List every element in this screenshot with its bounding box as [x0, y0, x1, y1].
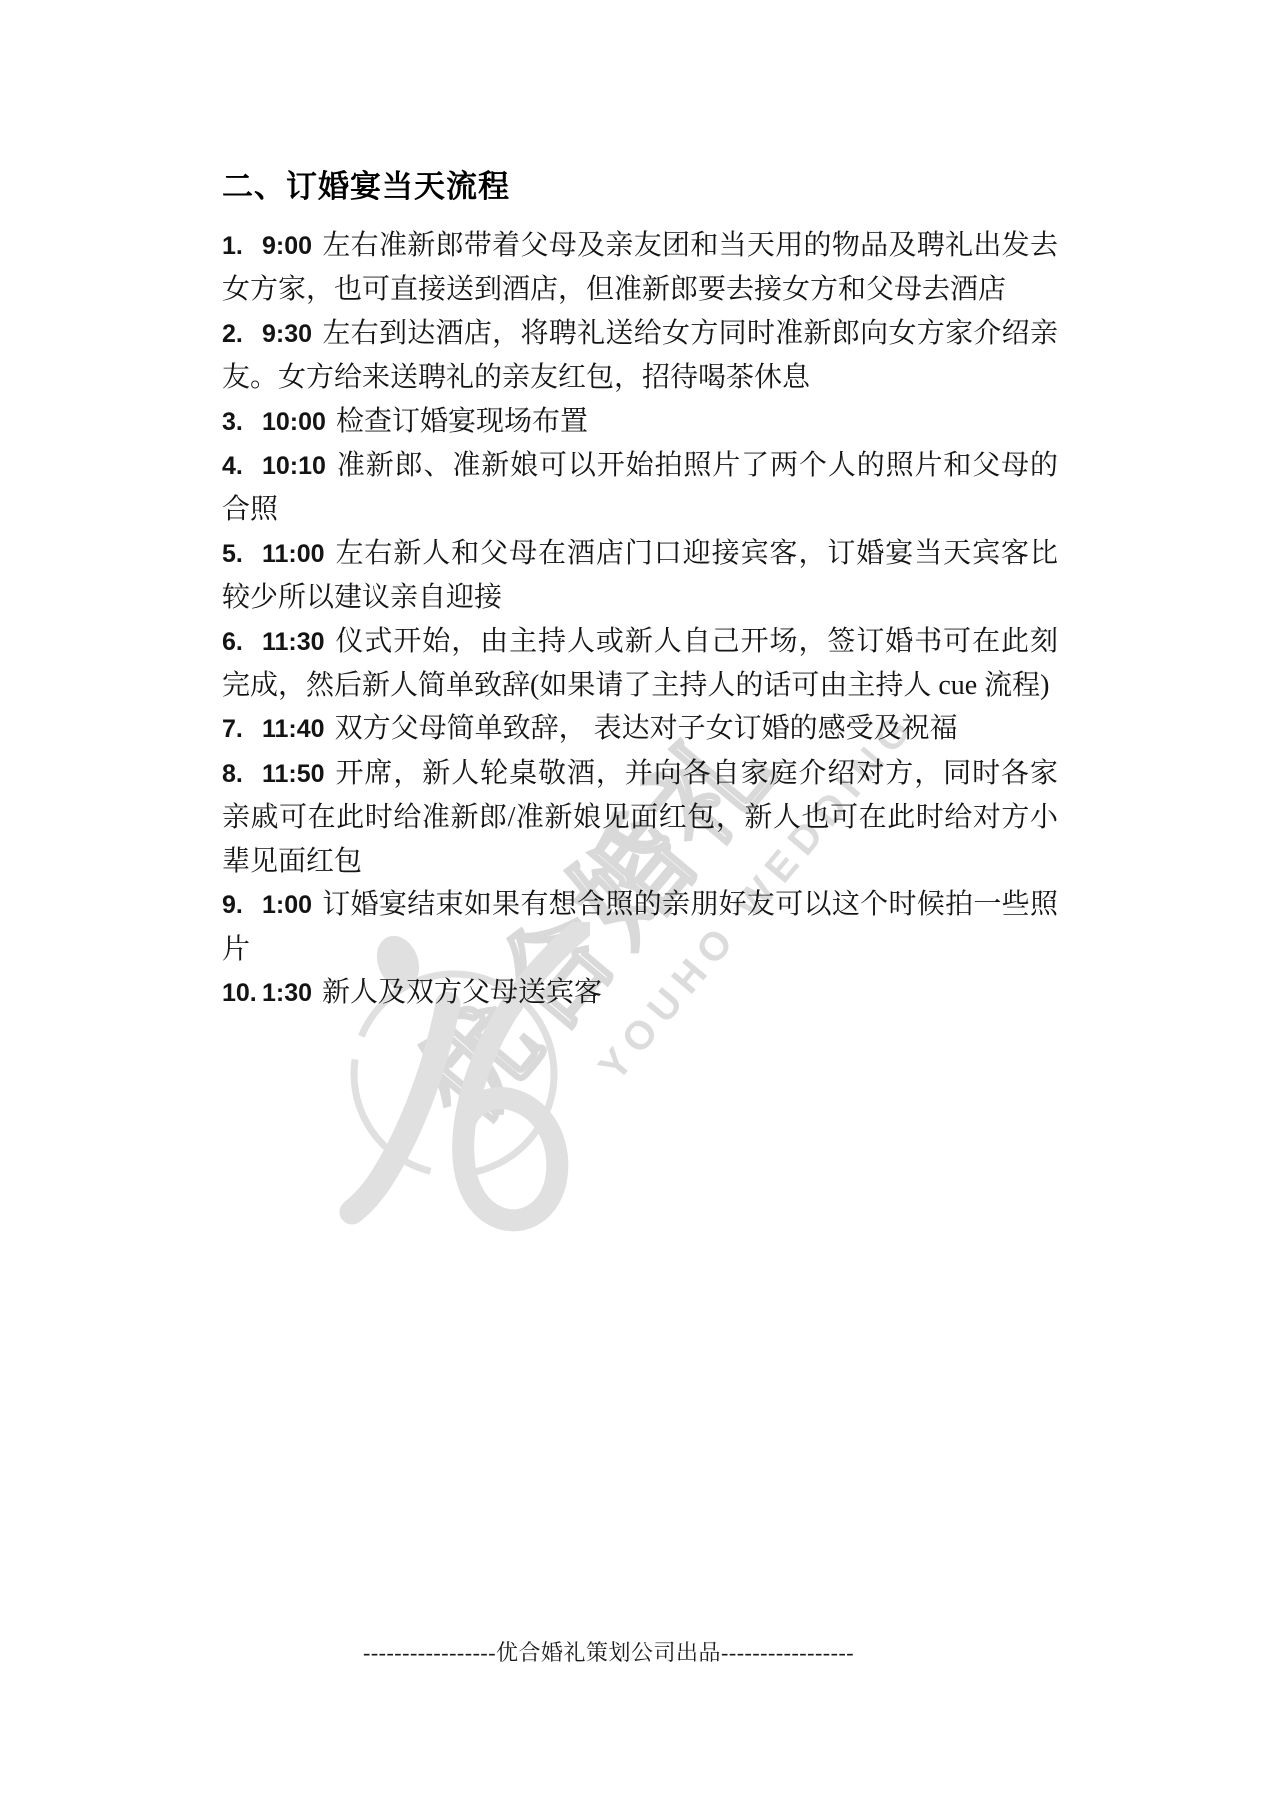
item-text: 左右新人和父母在酒店门口迎接宾客，订婚宴当天宾客比较少所以建议亲自迎接 — [222, 538, 1058, 613]
item-text: 左右到达酒店，将聘礼送给女方同时准新郎向女方家介绍亲友。女方给来送聘礼的亲友红包… — [222, 318, 1058, 393]
item-text: 开席，新人轮桌敬酒，并向各自家庭介绍对方，同时各家亲戚可在此时给准新郎/准新娘见… — [222, 758, 1058, 877]
item-time: 11:30 — [262, 628, 325, 656]
item-text: 新人及双方父母送宾客 — [322, 977, 602, 1008]
schedule-item: 5.11:00左右新人和父母在酒店门口迎接宾客，订婚宴当天宾客比较少所以建议亲自… — [222, 532, 1058, 620]
schedule-item: 1.9:00左右准新郎带着父母及亲友团和当天用的物品及聘礼出发去女方家，也可直接… — [222, 224, 1058, 312]
schedule-item: 2.9:30左右到达酒店，将聘礼送给女方同时准新郎向女方家介绍亲友。女方给来送聘… — [222, 312, 1058, 400]
item-number: 2. — [222, 313, 262, 356]
item-number: 8. — [222, 753, 262, 796]
schedule-item: 6.11:30仪式开始，由主持人或新人自己开场，签订婚书可在此刻完成，然后新人简… — [222, 620, 1058, 708]
item-text: 左右准新郎带着父母及亲友团和当天用的物品及聘礼出发去女方家，也可直接送到酒店，但… — [222, 230, 1058, 305]
schedule-item: 9.1:00订婚宴结束如果有想合照的亲朋好友可以这个时候拍一些照片 — [222, 883, 1058, 971]
schedule-item: 10.1:30新人及双方父母送宾客 — [222, 971, 1058, 1015]
item-text: 双方父母简单致辞， 表达对子女订婚的感受及祝福 — [335, 713, 958, 744]
item-time: 11:00 — [262, 540, 325, 568]
schedule-item: 7.11:40双方父母简单致辞， 表达对子女订婚的感受及祝福 — [222, 707, 1058, 751]
item-time: 11:40 — [262, 715, 325, 743]
item-text: 准新郎、准新娘可以开始拍照片了两个人的照片和父母的合照 — [222, 450, 1058, 525]
item-number: 7. — [222, 708, 262, 751]
item-time: 10:00 — [262, 408, 326, 436]
schedule-item: 8.11:50开席，新人轮桌敬酒，并向各自家庭介绍对方，同时各家亲戚可在此时给准… — [222, 752, 1058, 883]
item-text: 检查订婚宴现场布置 — [336, 406, 588, 437]
document-body: 二、订婚宴当天流程 1.9:00左右准新郎带着父母及亲友团和当天用的物品及聘礼出… — [222, 168, 1058, 1015]
item-number: 4. — [222, 445, 262, 488]
schedule-item: 4.10:10准新郎、准新娘可以开始拍照片了两个人的照片和父母的合照 — [222, 444, 1058, 532]
item-time: 10:10 — [262, 452, 326, 480]
item-number: 5. — [222, 533, 262, 576]
schedule-item: 3.10:00检查订婚宴现场布置 — [222, 400, 1058, 444]
item-number: 6. — [222, 621, 262, 664]
item-text: 仪式开始，由主持人或新人自己开场，签订婚书可在此刻完成，然后新人简单致辞(如果请… — [222, 626, 1058, 701]
footer-production-credit: -----------------优合婚礼策划公司出品-------------… — [363, 1636, 854, 1667]
item-number: 10. — [222, 972, 262, 1015]
schedule-list: 1.9:00左右准新郎带着父母及亲友团和当天用的物品及聘礼出发去女方家，也可直接… — [222, 224, 1058, 1015]
item-time: 9:30 — [262, 320, 312, 348]
page-title: 二、订婚宴当天流程 — [222, 168, 1058, 206]
item-time: 1:30 — [262, 979, 312, 1007]
item-time: 11:50 — [262, 760, 325, 788]
item-number: 1. — [222, 225, 262, 268]
item-time: 9:00 — [262, 232, 312, 260]
item-number: 9. — [222, 884, 262, 927]
item-text: 订婚宴结束如果有想合照的亲朋好友可以这个时候拍一些照片 — [222, 889, 1058, 964]
item-time: 1:00 — [262, 891, 312, 919]
item-number: 3. — [222, 401, 262, 444]
